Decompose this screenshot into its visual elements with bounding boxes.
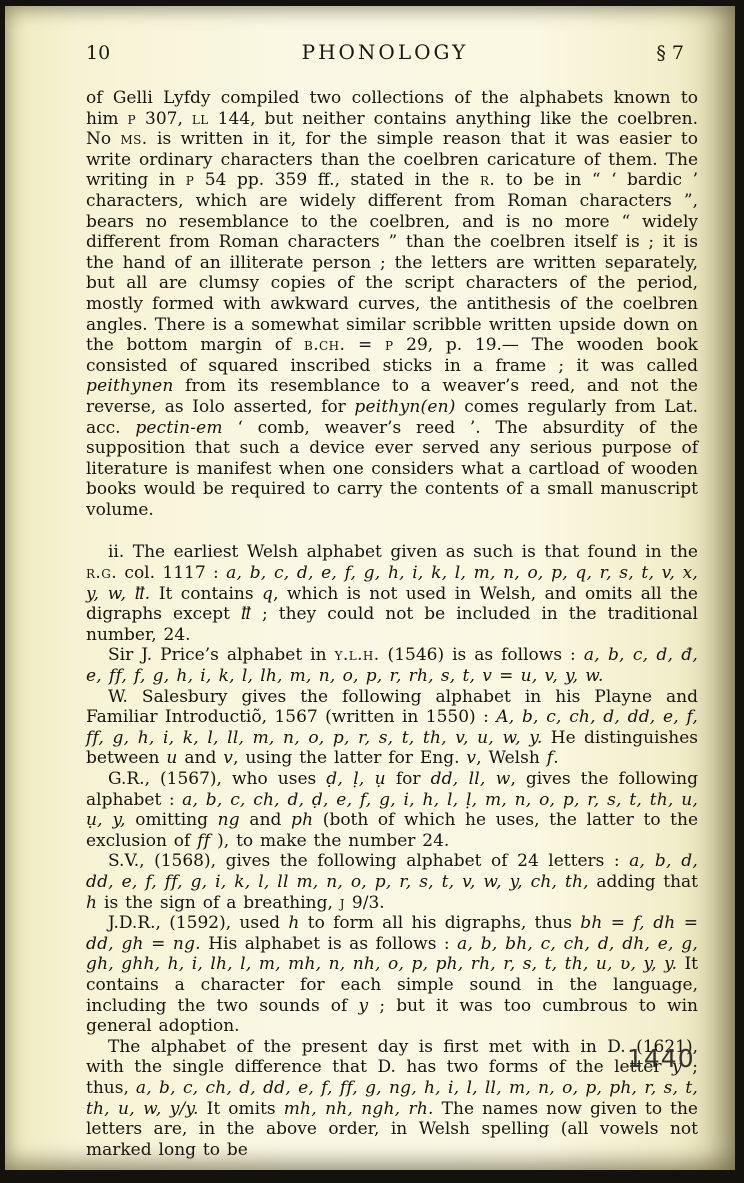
page-number: 10 (86, 42, 196, 64)
text-segment: bh (580, 913, 602, 933)
text-segment: v (223, 748, 233, 768)
text-segment: pectin-em (135, 418, 222, 438)
text-segment: ph (291, 810, 313, 830)
text-segment: peithyn(en) (354, 397, 455, 417)
text-segment: (1546) is as follows : (380, 645, 584, 665)
text-segment: . (553, 748, 558, 768)
paragraph: W. Salesbury gives the following alphabe… (86, 687, 698, 769)
text-segment: , using the latter for Eng. (233, 748, 466, 768)
text-segment: = (144, 934, 173, 954)
text-segment: J.D.R., (1592), used (108, 913, 288, 933)
body-text: of Gelli Lyfdy compiled two collections … (86, 88, 698, 1160)
text-segment: omitting (126, 810, 218, 830)
text-segment: r. (480, 170, 495, 190)
text-segment: ỻ (241, 604, 251, 624)
text-segment: h (288, 913, 299, 933)
paragraph: of Gelli Lyfdy compiled two collections … (86, 88, 698, 520)
text-segment: , Welsh (476, 748, 546, 768)
text-segment: to be in “ ‘ bardic ’ characters, which … (86, 170, 698, 355)
stamp-number: 1440 (627, 1044, 695, 1073)
text-segment: and (177, 748, 223, 768)
paragraph: G.R., (1567), who uses ḍ, ḷ, ụ for dd, l… (86, 769, 698, 851)
text-segment: Sir J. Price’s alphabet in (108, 645, 335, 665)
section-number: § 7 (574, 42, 698, 64)
text-segment: y (358, 996, 368, 1016)
paragraph: The alphabet of the present day is first… (86, 1037, 698, 1161)
text-segment: to form all his digraphs, thus (299, 913, 580, 933)
page-title: PHONOLOGY (196, 40, 574, 64)
text-segment: = (345, 335, 385, 355)
text-segment: p (128, 109, 136, 129)
scanned-book-page: 10 PHONOLOGY § 7 of Gelli Lyfdy compiled… (5, 6, 735, 1170)
text-segment: col. 1117 : (117, 563, 226, 583)
text-segment: 54 pp. 359 ff., stated in the (194, 170, 480, 190)
text-segment: ll (192, 109, 209, 129)
text-segment: = (602, 913, 633, 933)
text-segment: ng. (173, 934, 201, 954)
text-segment: is the sign of a breathing, (97, 893, 340, 913)
text-segment: for (386, 769, 431, 789)
text-segment: f, dh (633, 913, 675, 933)
text-segment: = (675, 913, 698, 933)
text-segment: y.l.h. (335, 645, 380, 665)
paragraph: S.V., (1568), gives the following alphab… (86, 851, 698, 913)
text-segment: h (86, 893, 97, 913)
text-block: 10 PHONOLOGY § 7 of Gelli Lyfdy compiled… (86, 40, 698, 1160)
text-segment: v (466, 748, 476, 768)
text-segment: G.R., (1567), who uses (108, 769, 326, 789)
text-segment: adding that (589, 872, 698, 892)
text-segment: b.ch. (304, 335, 345, 355)
text-segment: ng (218, 810, 240, 830)
text-segment: ms. (121, 129, 148, 149)
text-segment: It contains (150, 584, 262, 604)
text-segment: and (240, 810, 291, 830)
text-segment: peithynen (86, 376, 174, 396)
text-segment: It omits (199, 1099, 284, 1119)
paragraph: J.D.R., (1592), used h to form all his d… (86, 913, 698, 1037)
paragraph: ii. The earliest Welsh alphabet given as… (86, 542, 698, 645)
paragraph: Sir J. Price’s alphabet in y.l.h. (1546)… (86, 645, 698, 686)
text-segment: The alphabet of the present day is first… (86, 1037, 698, 1078)
text-segment: 9/3. (345, 893, 385, 913)
text-segment: p (186, 170, 194, 190)
text-segment: dd, gh (86, 934, 144, 954)
text-segment: dd, ll, w (431, 769, 511, 789)
running-header: 10 PHONOLOGY § 7 (86, 40, 698, 64)
text-segment: ff (197, 831, 210, 851)
text-segment: r.g. (86, 563, 117, 583)
text-segment: u (166, 748, 177, 768)
text-segment: mh, nh, ngh, rh. (284, 1099, 434, 1119)
text-segment: ), to make the number 24. (210, 831, 449, 851)
text-segment: ḍ, ḷ, ụ (326, 769, 386, 789)
text-segment: q (262, 584, 273, 604)
text-segment: S.V., (1568), gives the following alphab… (108, 851, 629, 871)
text-segment: His alphabet is as follows : (201, 934, 457, 954)
text-segment: 307, (136, 109, 192, 129)
text-segment: ii. The earliest Welsh alphabet given as… (108, 542, 698, 562)
